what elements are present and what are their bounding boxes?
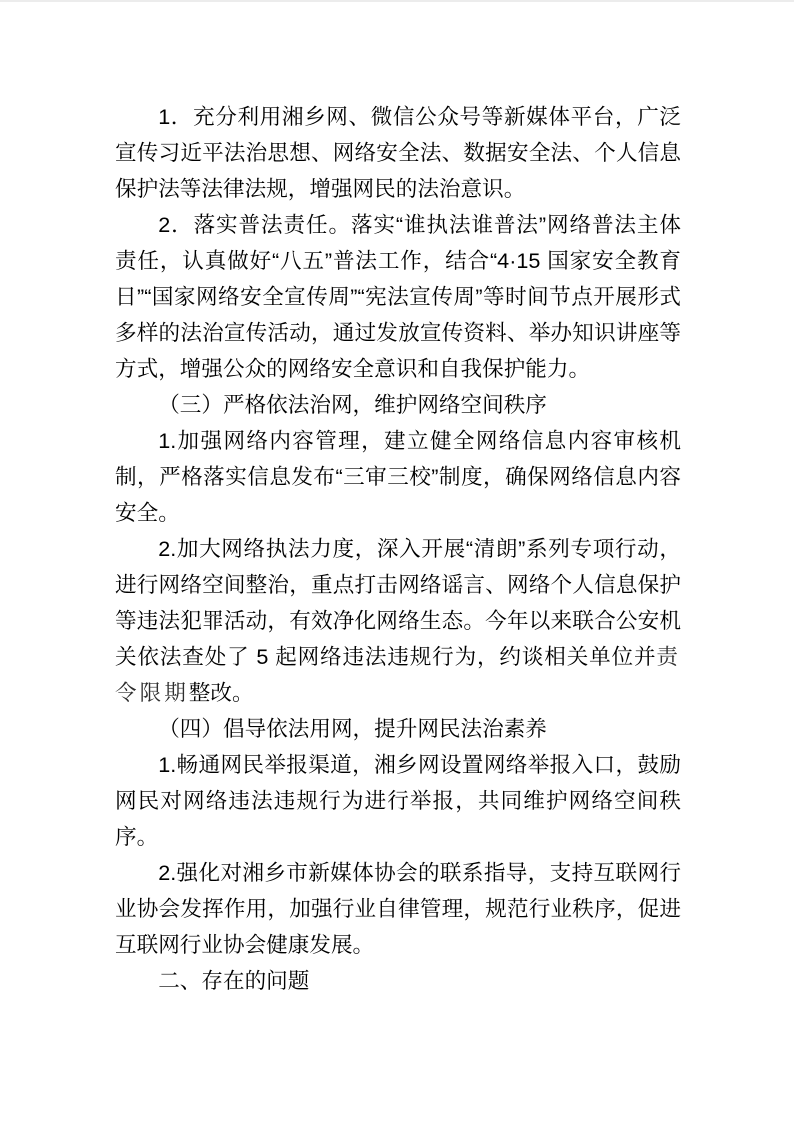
paragraph-enforcement: 2.加大网络执法力度，深入开展“清朗”系列专项行动，进行网络空间整治，重点打击网… <box>115 531 681 711</box>
section-heading-three: （三）严格依法治网，维护网络空间秩序 <box>115 387 681 423</box>
document-page: 1．充分利用湘乡网、微信公众号等新媒体平台，广泛宣传习近平法治思想、网络安全法、… <box>0 0 794 1122</box>
paragraph-industry-association: 2.强化对湘乡市新媒体协会的联系指导，支持互联网行业协会发挥作用，加强行业自律管… <box>115 855 681 963</box>
paragraph-publicity-platforms: 1．充分利用湘乡网、微信公众号等新媒体平台，广泛宣传习近平法治思想、网络安全法、… <box>115 99 681 207</box>
paragraph-report-channel: 1.畅通网民举报渠道，湘乡网设置网络举报入口，鼓励网民对网络违法违规行为进行举报… <box>115 747 681 855</box>
section-heading-problems: 二、存在的问题 <box>115 963 681 999</box>
document-body: 1．充分利用湘乡网、微信公众号等新媒体平台，广泛宣传习近平法治思想、网络安全法、… <box>115 99 681 999</box>
section-heading-four: （四）倡导依法用网，提升网民法治素养 <box>115 711 681 747</box>
paragraph-enforcement-lead: 2.加大网络执法力度，深入开展“清朗”系列专项行动，进行网络空间整治，重点打击网… <box>115 536 681 669</box>
paragraph-content-management: 1.加强网络内容管理，建立健全网络信息内容审核机制，严格落实信息发布“三审三校”… <box>115 423 681 531</box>
paragraph-law-popularization: 2．落实普法责任。落实“谁执法谁普法”网络普法主体责任，认真做好“八五”普法工作… <box>115 207 681 387</box>
page-top-border <box>0 0 794 2</box>
paragraph-enforcement-tail: 整改。 <box>189 680 254 705</box>
